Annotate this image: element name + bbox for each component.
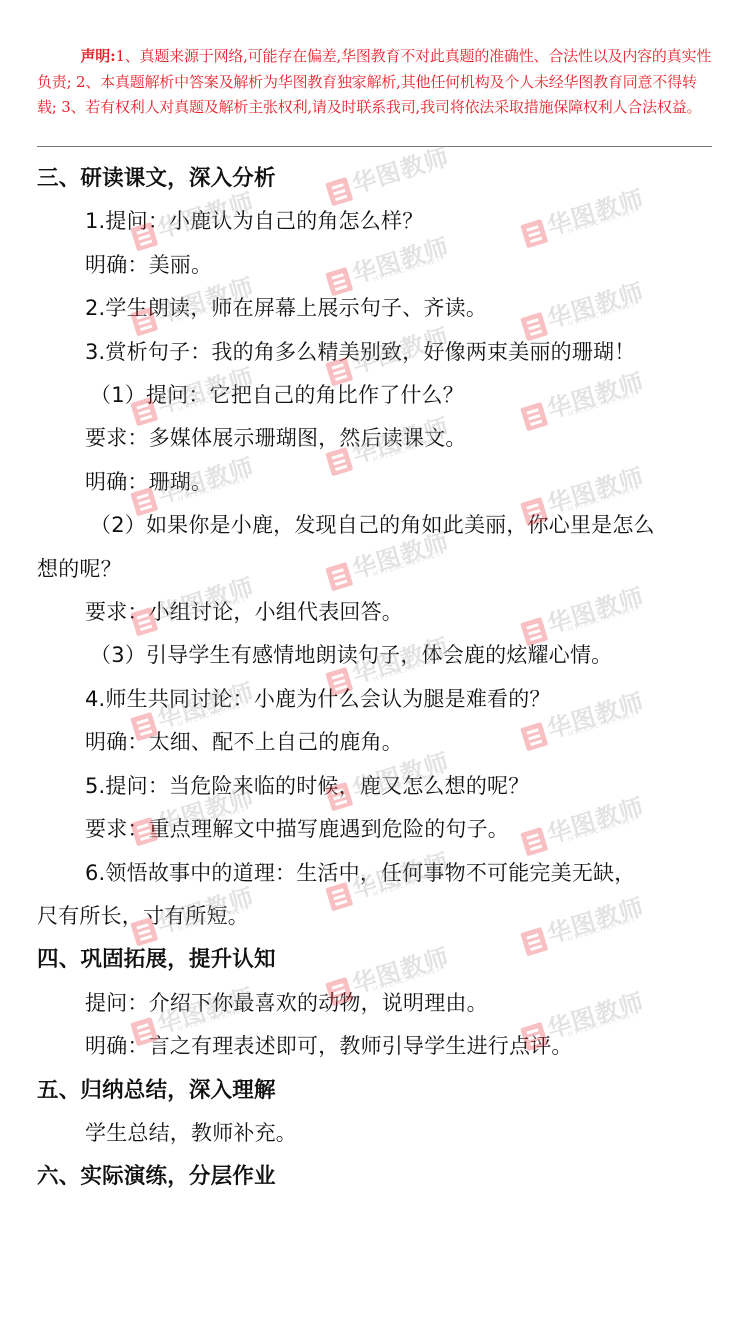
body-line: 学生总结，教师补充。 [37,1112,713,1155]
divider [37,146,712,147]
body-line: 2.学生朗读，师在屏幕上展示句子、齐读。 [37,287,713,330]
document-body: 三、研读课文，深入分析 1.提问：小鹿认为自己的角怎么样？ 明确：美丽。 2.学… [37,157,713,1199]
body-line: （2）如果你是小鹿，发现自己的角如此美丽，你心里是怎么 [37,504,713,547]
body-line: 提问：介绍下你最喜欢的动物，说明理由。 [37,982,713,1025]
body-line: 尺有所长，寸有所短。 [37,895,713,938]
body-line: 6.领悟故事中的道理：生活中，任何事物不可能完美无缺， [37,852,713,895]
section-heading: 六、实际演练，分层作业 [37,1155,713,1198]
body-line: 4.师生共同讨论：小鹿为什么会认为腿是难看的？ [37,678,713,721]
body-line: 明确：珊瑚。 [37,461,713,504]
body-line: 要求：重点理解文中描写鹿遇到危险的句子。 [37,808,713,851]
section-heading: 五、归纳总结，深入理解 [37,1069,713,1112]
body-line: 5.提问：当危险来临的时候，鹿又怎么想的呢？ [37,765,713,808]
disclaimer-text: 1、真题来源于网络,可能存在偏差,华图教育不对此真题的准确性、合法性以及内容的真… [37,47,711,116]
body-line: 要求：小组讨论，小组代表回答。 [37,591,713,634]
disclaimer-lead: 声明: [81,47,116,65]
body-line: （3）引导学生有感情地朗读句子，体会鹿的炫耀心情。 [37,634,713,677]
body-line: 明确：言之有理表述即可，教师引导学生进行点评。 [37,1025,713,1068]
disclaimer: 声明:1、真题来源于网络,可能存在偏差,华图教育不对此真题的准确性、合法性以及内… [37,44,713,121]
body-line: 想的呢？ [37,548,713,591]
body-line: 要求：多媒体展示珊瑚图，然后读课文。 [37,417,713,460]
body-line: 1.提问：小鹿认为自己的角怎么样？ [37,200,713,243]
section-heading: 四、巩固拓展，提升认知 [37,938,713,981]
body-line: 明确：美丽。 [37,244,713,287]
body-line: 3.赏析句子：我的角多么精美别致，好像两束美丽的珊瑚！ [37,331,713,374]
body-line: 明确：太细、配不上自己的鹿角。 [37,721,713,764]
body-line: （1）提问：它把自己的角比作了什么？ [37,374,713,417]
section-heading: 三、研读课文，深入分析 [37,157,713,200]
